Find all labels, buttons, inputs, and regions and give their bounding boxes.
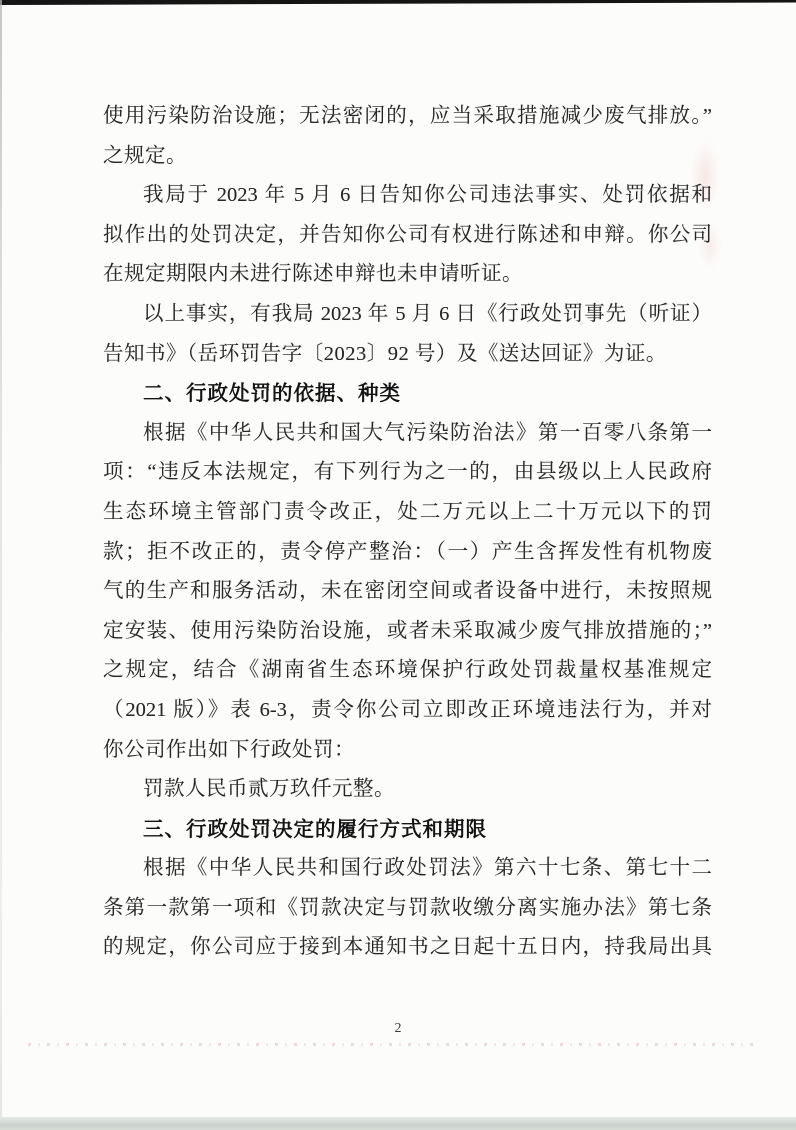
document-page: 使用污染防治设施；无法密闭的，应当采取措施减少废气排放。”之规定。我局于 202… [0,0,796,1130]
text-line: 你公司作出如下行政处罚： [103,731,712,771]
text-line: 拟作出的处罚决定，并告知你公司有权进行陈述和申辩。你公司 [103,216,712,256]
section-heading: 三、行政处罚决定的履行方式和期限 [103,810,712,850]
text-line: 生态环境主管部门责令改正，处二万元以上二十万元以下的罚 [103,493,712,533]
text-line: 根据《中华人民共和国大气污染防治法》第一百零八条第一 [103,414,712,454]
text-block: 使用污染防治设施；无法密闭的，应当采取措施减少废气排放。”之规定。我局于 202… [103,97,712,968]
text-line: 条第一款第一项和《罚款决定与罚款收缴分离实施办法》第七条 [103,889,712,929]
text-line: 根据《中华人民共和国行政处罚法》第六十七条、第七十二 [103,849,712,889]
text-line: 我局于 2023 年 5 月 6 日告知你公司违法事实、处罚依据和 [103,176,712,216]
text-line: 定安装、使用污染防治设施，或者未采取减少废气排放措施的；” [103,612,712,652]
text-line: 项：“违反本法规定，有下列行为之一的，由县级以上人民政府 [103,453,712,493]
text-line: 之规定，结合《湖南省生态环境保护行政处罚裁量权基准规定 [103,651,712,691]
text-line: 罚款人民币贰万玖仟元整。 [103,770,712,810]
scan-left-edge [0,0,2,1130]
page-number: 2 [0,1021,796,1037]
text-line: 款；拒不改正的，责令停产整治：（一）产生含挥发性有机物废 [103,533,712,573]
scan-bottom-edge [0,1117,796,1130]
scan-noise-line [28,1043,760,1046]
text-line: 以上事实，有我局 2023 年 5 月 6 日《行政处罚事先（听证） [103,295,712,335]
text-line: 在规定期限内未进行陈述申辩也未申请听证。 [103,255,712,295]
text-line: 告知书》（岳环罚告字〔2023〕92 号）及《送达回证》为证。 [103,335,712,375]
text-line: 的规定，你公司应于接到本通知书之日起十五日内，持我局出具 [103,928,712,968]
text-line: （2021 版）》表 6-3，责令你公司立即改正环境违法行为，并对 [103,691,712,731]
section-heading: 二、行政处罚的依据、种类 [103,374,712,414]
text-line: 之规定。 [103,137,712,177]
scan-top-edge [0,0,796,5]
text-line: 使用污染防治设施；无法密闭的，应当采取措施减少废气排放。” [103,97,712,137]
text-line: 气的生产和服务活动，未在密闭空间或者设备中进行，未按照规 [103,572,712,612]
